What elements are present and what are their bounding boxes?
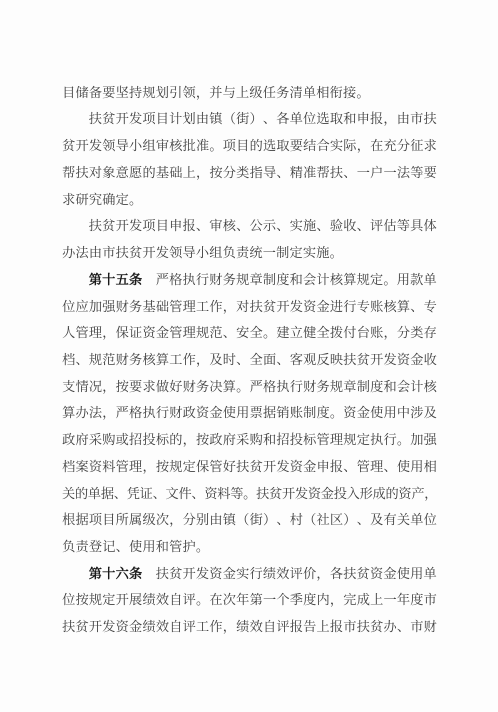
paragraph: 目储备要坚持规划引领，并与上级任务清单相衔接。 [62, 79, 437, 106]
text-line: 求研究确定。 [62, 186, 437, 213]
text-line: 根据项目所属级次，分别由镇（街）、村（社区）、及有关单位 [62, 507, 437, 534]
text-line: 支情况，按要求做好财务决算。严格执行财务规章制度和会计核 [62, 373, 437, 400]
text-line: 负责登记、使用和管护。 [62, 533, 437, 560]
paragraph: 第十六条 扶贫开发资金实行绩效评价，各扶贫资金使用单位按规定开展绩效自评。在次年… [62, 560, 437, 640]
text-line-article-heading: 第十五条 严格执行财务规章制度和会计核算规定。用款单 [62, 266, 437, 293]
text-line: 扶贫开发项目申报、审核、公示、实施、验收、评估等具体 [62, 213, 437, 240]
text-line: 政府采购或招投标的，按政府采购和招投标管理规定执行。加强 [62, 426, 437, 453]
text-line: 贫开发领导小组审核批准。项目的选取要结合实际，在充分征求 [62, 132, 437, 159]
paragraph: 扶贫开发项目申报、审核、公示、实施、验收、评估等具体办法由市扶贫开发领导小组负责… [62, 213, 437, 266]
document-text-block: 目储备要坚持规划引领，并与上级任务清单相衔接。扶贫开发项目计划由镇（街）、各单位… [62, 79, 437, 640]
paragraph: 扶贫开发项目计划由镇（街）、各单位选取和申报，由市扶贫开发领导小组审核批准。项目… [62, 106, 437, 213]
text-line: 帮扶对象意愿的基础上，按分类指导、精准帮扶、一户一法等要 [62, 159, 437, 186]
paragraph: 第十五条 严格执行财务规章制度和会计核算规定。用款单位应加强财务基础管理工作，对… [62, 266, 437, 560]
text-line: 档案资料管理，按规定保管好扶贫开发资金申报、管理、使用相 [62, 453, 437, 480]
text-line: 人管理，保证资金管理规范、安全。建立健全拨付台账，分类存 [62, 319, 437, 346]
text-line: 扶贫开发项目计划由镇（街）、各单位选取和申报，由市扶 [62, 106, 437, 133]
text-line: 档、规范财务核算工作，及时、全面、客观反映扶贫开发资金收 [62, 346, 437, 373]
text-line: 目储备要坚持规划引领，并与上级任务清单相衔接。 [62, 79, 437, 106]
document-page: 目储备要坚持规划引领，并与上级任务清单相衔接。扶贫开发项目计划由镇（街）、各单位… [0, 0, 498, 712]
text-line: 算办法，严格执行财政资金使用票据销账制度。资金使用中涉及 [62, 400, 437, 427]
text-line: 位按规定开展绩效自评。在次年第一个季度内，完成上一年度市 [62, 587, 437, 614]
text-line: 关的单据、凭证、文件、资料等。扶贫开发资金投入形成的资产， [62, 480, 437, 507]
text-line-article-heading: 第十六条 扶贫开发资金实行绩效评价，各扶贫资金使用单 [62, 560, 437, 587]
text-line: 扶贫开发资金绩效自评工作，绩效自评报告上报市扶贫办、市财 [62, 613, 437, 640]
text-line: 办法由市扶贫开发领导小组负责统一制定实施。 [62, 239, 437, 266]
text-line: 位应加强财务基础管理工作，对扶贫开发资金进行专账核算、专 [62, 293, 437, 320]
